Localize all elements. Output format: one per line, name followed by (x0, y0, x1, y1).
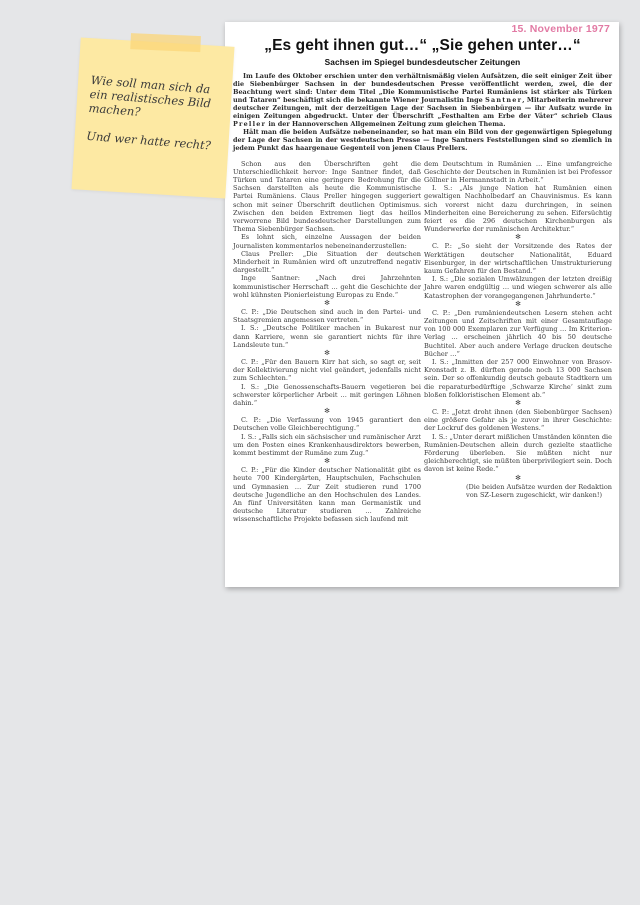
paragraph: Claus Preller: „Die Situation der deutsc… (233, 250, 421, 275)
editorial-credit: (Die beiden Aufsätze wurden der Redaktio… (424, 483, 612, 499)
note-line-who-was-right: Und wer hatte recht? (86, 129, 227, 154)
paragraph: I. S.: „Die Genossenschafts-Bauern veget… (233, 383, 421, 408)
section-separator-asterisk: ✻ (424, 474, 612, 483)
paragraph: I. S.: „Deutsche Politiker machen in Buk… (233, 324, 421, 349)
note-line-question: Wie soll man sich da ein realistisches B… (88, 73, 231, 126)
section-separator-asterisk: ✻ (233, 349, 421, 358)
paragraph: C. P.: „Für die Kinder deutscher Nationa… (233, 466, 421, 523)
lead-p1: Im Laufe des Oktober erschien unter den … (233, 73, 612, 129)
tape-strip (130, 33, 201, 52)
paragraph: I. S.: „Inmitten der 257 000 Einwohner v… (424, 358, 612, 399)
paragraph: Inge Santner: „Nach drei Jahrzehnten kom… (233, 274, 421, 299)
paragraph: C. P.: „Für den Bauern Kirr hat sich, so… (233, 358, 421, 383)
sticky-note: Wie soll man sich da ein realistisches B… (72, 37, 235, 198)
paragraph: I. S.: „Falls sich ein sächsischer und r… (233, 433, 421, 458)
section-separator-asterisk: ✻ (424, 399, 612, 408)
paragraph: I. S.: „Die sozialen Umwälzungen der let… (424, 275, 612, 300)
publication-date: 15. November 1977 (511, 23, 610, 35)
paragraph: Es lohnt sich, einzelne Aussagen der bei… (233, 233, 421, 249)
section-separator-asterisk: ✻ (233, 457, 421, 466)
handwritten-note: Wie soll man sich da ein realistisches B… (85, 73, 231, 168)
right-column: dem Deutschtum in Rumänien … Eine umfang… (424, 160, 612, 524)
paragraph: C. P.: „Die Deutschen sind auch in den P… (233, 308, 421, 324)
subheadline: Sachsen im Spiegel bundesdeutscher Zeitu… (233, 57, 612, 68)
section-separator-asterisk: ✻ (233, 407, 421, 416)
author-name-santner: Santner (485, 96, 522, 104)
paragraph: Schon aus den Überschriften geht die Unt… (233, 160, 421, 234)
headline: „Es geht ihnen gut…“ „Sie gehen unter…“ (233, 37, 612, 55)
lead-text: in der Hannoverschen Allgemeinen Zeitung… (266, 120, 505, 128)
author-name-preller: Preller (233, 120, 266, 128)
paragraph: C. P.: „Die Verfassung von 1945 garantie… (233, 416, 421, 432)
section-separator-asterisk: ✻ (233, 299, 421, 308)
lead-paragraph: Im Laufe des Oktober erschien unter den … (233, 73, 612, 153)
paragraph: C. P.: „So sieht der Vorsitzende des Rat… (424, 242, 612, 275)
paragraph: C. P.: „Jetzt droht ihnen (den Siebenbür… (424, 408, 612, 433)
left-column: Schon aus den Überschriften geht die Unt… (233, 160, 421, 524)
section-separator-asterisk: ✻ (424, 300, 612, 309)
article-columns: Schon aus den Überschriften geht die Unt… (233, 160, 612, 524)
section-separator-asterisk: ✻ (424, 233, 612, 242)
newspaper-clipping: 15. November 1977 „Es geht ihnen gut…“ „… (225, 22, 619, 587)
paragraph: I. S.: „Als junge Nation hat Rumänien ei… (424, 184, 612, 233)
paragraph: C. P.: „Den rumäniendeutschen Lesern ste… (424, 309, 612, 358)
paragraph-continuation: dem Deutschtum in Rumänien … Eine umfang… (424, 160, 612, 185)
lead-p2: Hält man die beiden Aufsätze nebeneinand… (233, 129, 612, 153)
paragraph: I. S.: „Unter derart mißlichen Umständen… (424, 433, 612, 474)
